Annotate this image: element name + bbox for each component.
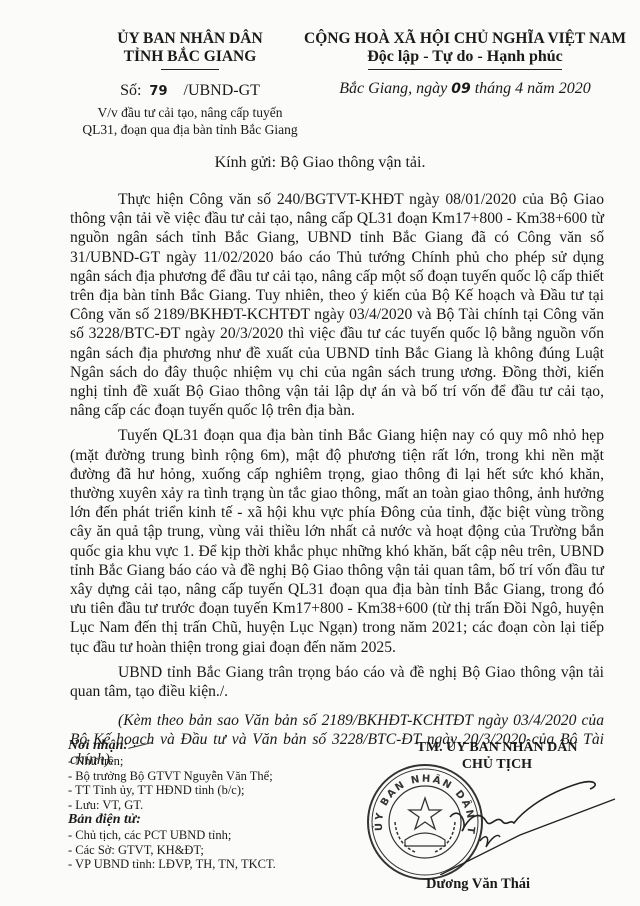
official-letter-page: ỦY BAN NHÂN DÂN TỈNH BẮC GIANG CỘNG HOÀ … [0, 0, 640, 906]
electronic-item: - Chủ tịch, các PCT UBND tỉnh; [68, 828, 276, 843]
date-prefix: Bắc Giang, ngày [339, 80, 447, 97]
subject-line2: QL31, đoạn qua địa bàn tỉnh Bắc Giang [70, 121, 310, 138]
electronic-item: - VP UBND tỉnh: LĐVP, TH, TN, TKCT. [68, 857, 276, 872]
document-date: Bắc Giang, ngày 09 tháng 4 năm 2020 [300, 80, 630, 98]
recipients-title: Nơi nhận: [68, 738, 276, 754]
electronic-item: - Các Sở: GTVT, KH&ĐT; [68, 843, 276, 858]
doc-no-prefix: Số: [120, 82, 141, 99]
doc-no-handwritten: 79 [149, 84, 167, 99]
recipients-block: Nơi nhận: - Như trên; - Bộ trưởng Bộ GTV… [68, 738, 276, 872]
document-subject: V/v đầu tư cải tạo, nâng cấp tuyến QL31,… [70, 104, 310, 138]
recipient-item: - Như trên; [68, 754, 276, 769]
electronic-copy-title: Bản điện tử: [68, 812, 276, 828]
org-name-line1: ỦY BAN NHÂN DÂN [70, 30, 310, 48]
signer-name: Dương Văn Thái [426, 876, 530, 893]
date-suffix: tháng 4 năm 2020 [475, 80, 591, 97]
nation-name: CỘNG HOÀ XÃ HỘI CHỦ NGHĨA VIỆT NAM [300, 30, 630, 48]
national-motto: CỘNG HOÀ XÃ HỘI CHỦ NGHĨA VIỆT NAM Độc l… [300, 30, 630, 70]
handwritten-signature-icon [440, 775, 620, 875]
greeting: Kính gửi: Bộ Giao thông vận tải. [0, 154, 640, 172]
signer-role-line2: CHỦ TỊCH [402, 757, 592, 773]
handwritten-tick-icon [127, 736, 152, 749]
org-underline [161, 69, 219, 70]
subject-line1: V/v đầu tư cải tạo, nâng cấp tuyến [70, 104, 310, 121]
issuing-authority: ỦY BAN NHÂN DÂN TỈNH BẮC GIANG [70, 30, 310, 70]
doc-no-suffix: /UBND-GT [184, 82, 260, 99]
motto-underline [368, 69, 562, 70]
signer-role-line1: TM. ỦY BAN NHÂN DÂN [402, 740, 592, 756]
org-name-line2: TỈNH BẮC GIANG [70, 48, 310, 66]
recipient-item: - Bộ trưởng Bộ GTVT Nguyễn Văn Thể; [68, 769, 276, 784]
body-paragraph: Thực hiện Công văn số 240/BGTVT-KHĐT ngà… [70, 190, 604, 420]
body-paragraph: Tuyến QL31 đoạn qua địa bàn tỉnh Bắc Gia… [70, 426, 604, 656]
motto: Độc lập - Tự do - Hạnh phúc [300, 48, 630, 66]
recipient-item: - TT Tỉnh ủy, TT HĐND tỉnh (b/c); [68, 783, 276, 798]
letter-body: Thực hiện Công văn số 240/BGTVT-KHĐT ngà… [70, 190, 604, 775]
body-paragraph: UBND tỉnh Bắc Giang trân trọng báo cáo v… [70, 663, 604, 701]
recipient-item: - Lưu: VT, GT. [68, 798, 276, 813]
date-day-handwritten: 09 [451, 81, 470, 97]
document-number: Số: 79 /UBND-GT [70, 82, 310, 100]
